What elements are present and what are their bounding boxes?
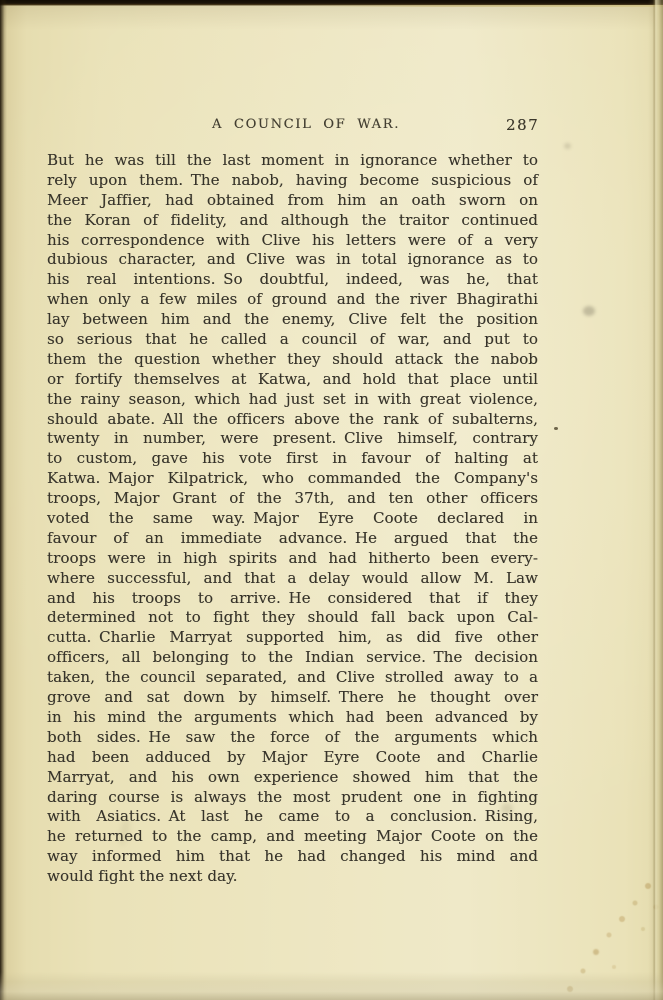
page-top-gilt-edge: [298, 5, 663, 7]
ink-smudge: [583, 306, 595, 316]
text-line: rely upon them. The nabob, having become…: [47, 171, 538, 191]
text-line: But he was till the last moment in ignor…: [47, 151, 538, 171]
text-line: voted the same way. Major Eyre Coote dec…: [47, 509, 538, 529]
text-line: determined not to fight they should fall…: [47, 608, 538, 628]
text-line: and his troops to arrive. He considered …: [47, 589, 538, 609]
text-line: he returned to the camp, and meeting Maj…: [47, 827, 538, 847]
text-line: troops were in high spirits and had hith…: [47, 549, 538, 569]
text-line: the rainy season, which had just set in …: [47, 390, 538, 410]
ink-smudge: [564, 143, 571, 149]
text-line: in his mind the arguments which had been…: [47, 708, 538, 728]
running-header: A COUNCIL OF WAR. 287: [0, 117, 663, 135]
page-right-edge: [648, 0, 663, 1000]
text-line: had been adduced by Major Eyre Coote and…: [47, 748, 538, 768]
text-line: the Koran of fidelity, and although the …: [47, 211, 538, 231]
chapter-title: A COUNCIL OF WAR.: [212, 117, 400, 132]
text-line: lay between him and the enemy, Clive fel…: [47, 310, 538, 330]
text-line: favour of an immediate advance. He argue…: [47, 529, 538, 549]
text-line: when only a few miles of ground and the …: [47, 290, 538, 310]
text-line: to custom, gave his vote first in favour…: [47, 449, 538, 469]
text-line: with Asiatics. At last he came to a conc…: [47, 807, 538, 827]
body-text: But he was till the last moment in ignor…: [47, 151, 538, 887]
text-line: daring course is always the most prudent…: [47, 788, 538, 808]
text-line: or fortify themselves at Katwa, and hold…: [47, 370, 538, 390]
text-line: his correspondence with Clive his letter…: [47, 231, 538, 251]
page-bottom-edge: [0, 972, 663, 1000]
text-line: his real intentions. So doubtful, indeed…: [47, 270, 538, 290]
text-line: them the question whether they should at…: [47, 350, 538, 370]
text-line: would fight the next day.: [47, 867, 538, 887]
text-line: Meer Jaffier, had obtained from him an o…: [47, 191, 538, 211]
text-line: cutta. Charlie Marryat supported him, as…: [47, 628, 538, 648]
ink-dot: [554, 427, 558, 430]
text-line: twenty in number, were present. Clive hi…: [47, 429, 538, 449]
text-line: Katwa. Major Kilpatrick, who commanded t…: [47, 469, 538, 489]
text-line: grove and sat down by himself. There he …: [47, 688, 538, 708]
text-line: where successful, and that a delay would…: [47, 569, 538, 589]
page-number: 287: [506, 116, 539, 134]
text-line: so serious that he called a council of w…: [47, 330, 538, 350]
text-line: dubious character, and Clive was in tota…: [47, 250, 538, 270]
text-line: both sides. He saw the force of the argu…: [47, 728, 538, 748]
text-line: troops, Major Grant of the 37th, and ten…: [47, 489, 538, 509]
text-line: way informed him that he had changed his…: [47, 847, 538, 867]
text-line: officers, all belonging to the Indian se…: [47, 648, 538, 668]
text-line: Marryat, and his own experience showed h…: [47, 768, 538, 788]
text-line: taken, the council separated, and Clive …: [47, 668, 538, 688]
text-line: should abate. All the officers above the…: [47, 410, 538, 430]
book-page-scan: A COUNCIL OF WAR. 287 But he was till th…: [0, 0, 663, 1000]
page-left-binding-edge: [0, 0, 7, 1000]
